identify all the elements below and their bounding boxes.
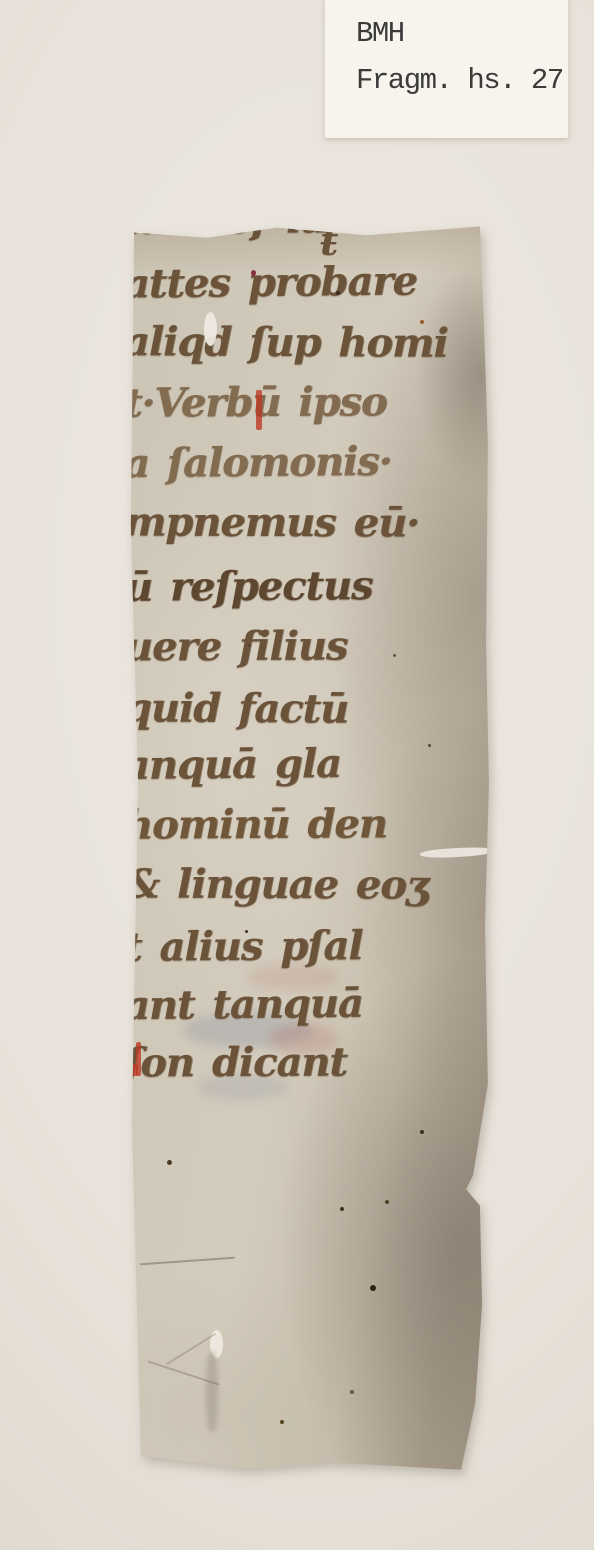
manuscript-fragment: ıuı ūeſ ıū attes probare aliqd ſup homi … bbox=[128, 224, 490, 1476]
manuscript-line: & linguae eoʒ bbox=[124, 862, 428, 907]
manuscript-line: ant tanquā bbox=[124, 982, 363, 1028]
manuscript-line: ū reſpectus bbox=[124, 564, 373, 610]
ink-speck bbox=[420, 320, 424, 324]
scratch-line bbox=[140, 1257, 235, 1266]
manuscript-line: attes probare bbox=[124, 259, 417, 306]
red-ink-accent bbox=[256, 390, 262, 430]
ink-speck bbox=[350, 1390, 354, 1394]
manuscript-line: mpnemus eū· bbox=[124, 500, 419, 545]
manuscript-line: aliqd ſup homi bbox=[124, 320, 448, 366]
ink-speck bbox=[280, 1420, 284, 1424]
red-ink-accent bbox=[130, 1064, 138, 1076]
label-shelfmark: Fragm. hs. 27 bbox=[356, 64, 563, 97]
ink-speck bbox=[167, 1160, 172, 1165]
photo-background: BMH Fragm. hs. 27 ıuı ūeſ ıū attes proba… bbox=[0, 0, 594, 1550]
ink-speck bbox=[370, 1285, 376, 1291]
label-collection-code: BMH bbox=[356, 17, 404, 50]
ink-speck bbox=[340, 1207, 344, 1211]
parchment: ıuı ūeſ ıū attes probare aliqd ſup homi … bbox=[128, 224, 490, 1476]
ink-speck bbox=[245, 930, 248, 933]
red-ink-dot bbox=[251, 270, 256, 276]
manuscript-line: t alius pſal bbox=[124, 924, 363, 970]
manuscript-line: ıuı ūeſ ıū bbox=[124, 197, 328, 242]
manuscript-line: hominū den bbox=[124, 802, 387, 847]
manuscript-line: uere filius bbox=[124, 625, 348, 670]
archive-label: BMH Fragm. hs. 27 bbox=[325, 0, 568, 138]
ink-speck bbox=[385, 1200, 389, 1204]
manuscript-line: a ſalomonis· bbox=[124, 440, 392, 486]
ink-speck bbox=[393, 654, 396, 657]
ink-speck bbox=[428, 744, 431, 747]
manuscript-line: quid factū bbox=[124, 686, 348, 731]
manuscript-line: anquā gla bbox=[124, 742, 341, 788]
ink-speck bbox=[308, 1509, 311, 1512]
parchment-hole bbox=[204, 312, 217, 346]
cross-mark: ŧ bbox=[320, 218, 338, 265]
ink-speck bbox=[248, 644, 251, 647]
repair-streak bbox=[206, 1352, 218, 1432]
manuscript-line: ſon dicant bbox=[124, 1041, 347, 1086]
edge-crack bbox=[420, 846, 494, 859]
ink-speck bbox=[420, 1130, 424, 1134]
ink-speck bbox=[336, 291, 340, 295]
